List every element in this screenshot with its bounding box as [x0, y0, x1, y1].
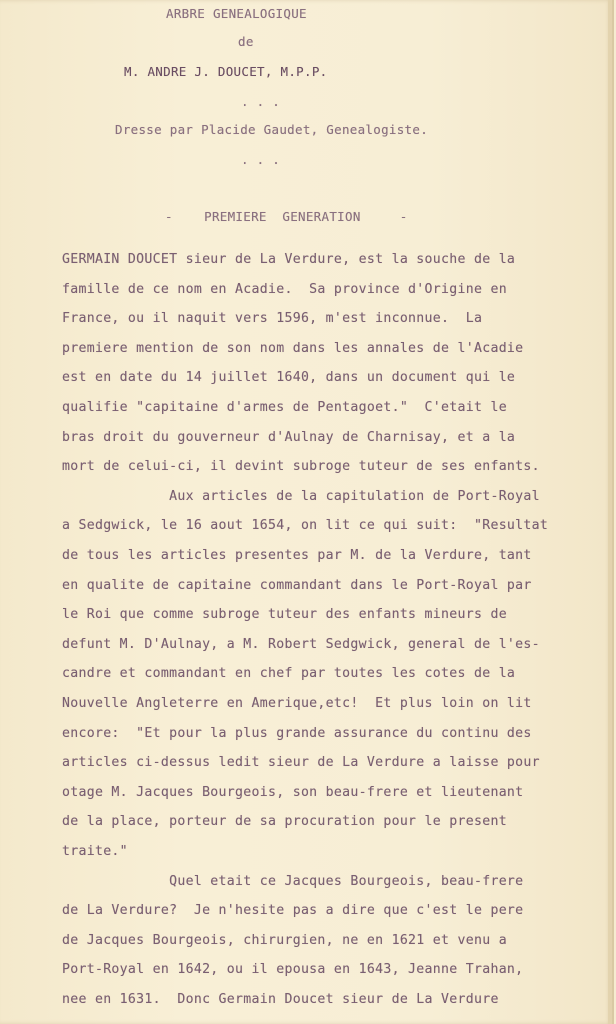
body-line: est en date du 14 juillet 1640, dans un …	[62, 370, 515, 385]
title-connector: de	[238, 34, 254, 49]
body-line: en qualite de capitaine commandant dans …	[62, 578, 532, 593]
separator-dots-1: . . .	[241, 94, 280, 109]
body-line: Quel etait ce Jacques Bourgeois, beau-fr…	[62, 874, 523, 889]
body-line: candre et commandant en chef par toutes …	[62, 666, 515, 681]
body-line: mort de celui-ci, il devint subroge tute…	[62, 459, 540, 474]
body-line: France, ou il naquit vers 1596, m'est in…	[62, 311, 482, 326]
document-title: ARBRE GENEALOGIQUE	[166, 6, 307, 21]
body-line: encore: "Et pour la plus grande assuranc…	[62, 726, 532, 741]
subject-name: M. ANDRE J. DOUCET, M.P.P.	[124, 64, 327, 79]
author-line: Dresse par Placide Gaudet, Genealogiste.	[115, 122, 428, 137]
body-line: defunt M. D'Aulnay, a M. Robert Sedgwick…	[62, 637, 540, 652]
document-page: ARBRE GENEALOGIQUE de M. ANDRE J. DOUCET…	[0, 0, 614, 1024]
body-line: famille de ce nom en Acadie. Sa province…	[62, 282, 507, 297]
body-line: bras droit du gouverneur d'Aulnay de Cha…	[62, 430, 515, 445]
body-line: de la place, porteur de sa procuration p…	[62, 814, 507, 829]
body-line: de La Verdure? Je n'hesite pas a dire qu…	[62, 903, 523, 918]
body-line: Port-Royal en 1642, ou il epousa en 1643…	[62, 962, 523, 977]
body-line: articles ci-dessus ledit sieur de La Ver…	[62, 755, 540, 770]
body-line: otage M. Jacques Bourgeois, son beau-fre…	[62, 785, 523, 800]
body-line: Nouvelle Angleterre en Amerique,etc! Et …	[62, 696, 532, 711]
body-line: le Roi que comme subroge tuteur des enfa…	[62, 607, 507, 622]
separator-dots-2: . . .	[241, 152, 280, 167]
body-line: nee en 1631. Donc Germain Doucet sieur d…	[62, 992, 499, 1007]
section-heading: - PREMIERE GENERATION -	[165, 209, 408, 224]
body-line: traite."	[62, 844, 128, 859]
body-line: premiere mention de son nom dans les ann…	[62, 341, 523, 356]
body-line: a Sedgwick, le 16 aout 1654, on lit ce q…	[62, 518, 548, 533]
body-line: Aux articles de la capitulation de Port-…	[62, 489, 540, 504]
body-line: de tous les articles presentes par M. de…	[62, 548, 532, 563]
body-line: de Jacques Bourgeois, chirurgien, ne en …	[62, 933, 507, 948]
page-edge	[608, 0, 612, 1024]
body-line: GERMAIN DOUCET sieur de La Verdure, est …	[62, 252, 515, 267]
body-line: qualifie "capitaine d'armes de Pentagoet…	[62, 400, 507, 415]
